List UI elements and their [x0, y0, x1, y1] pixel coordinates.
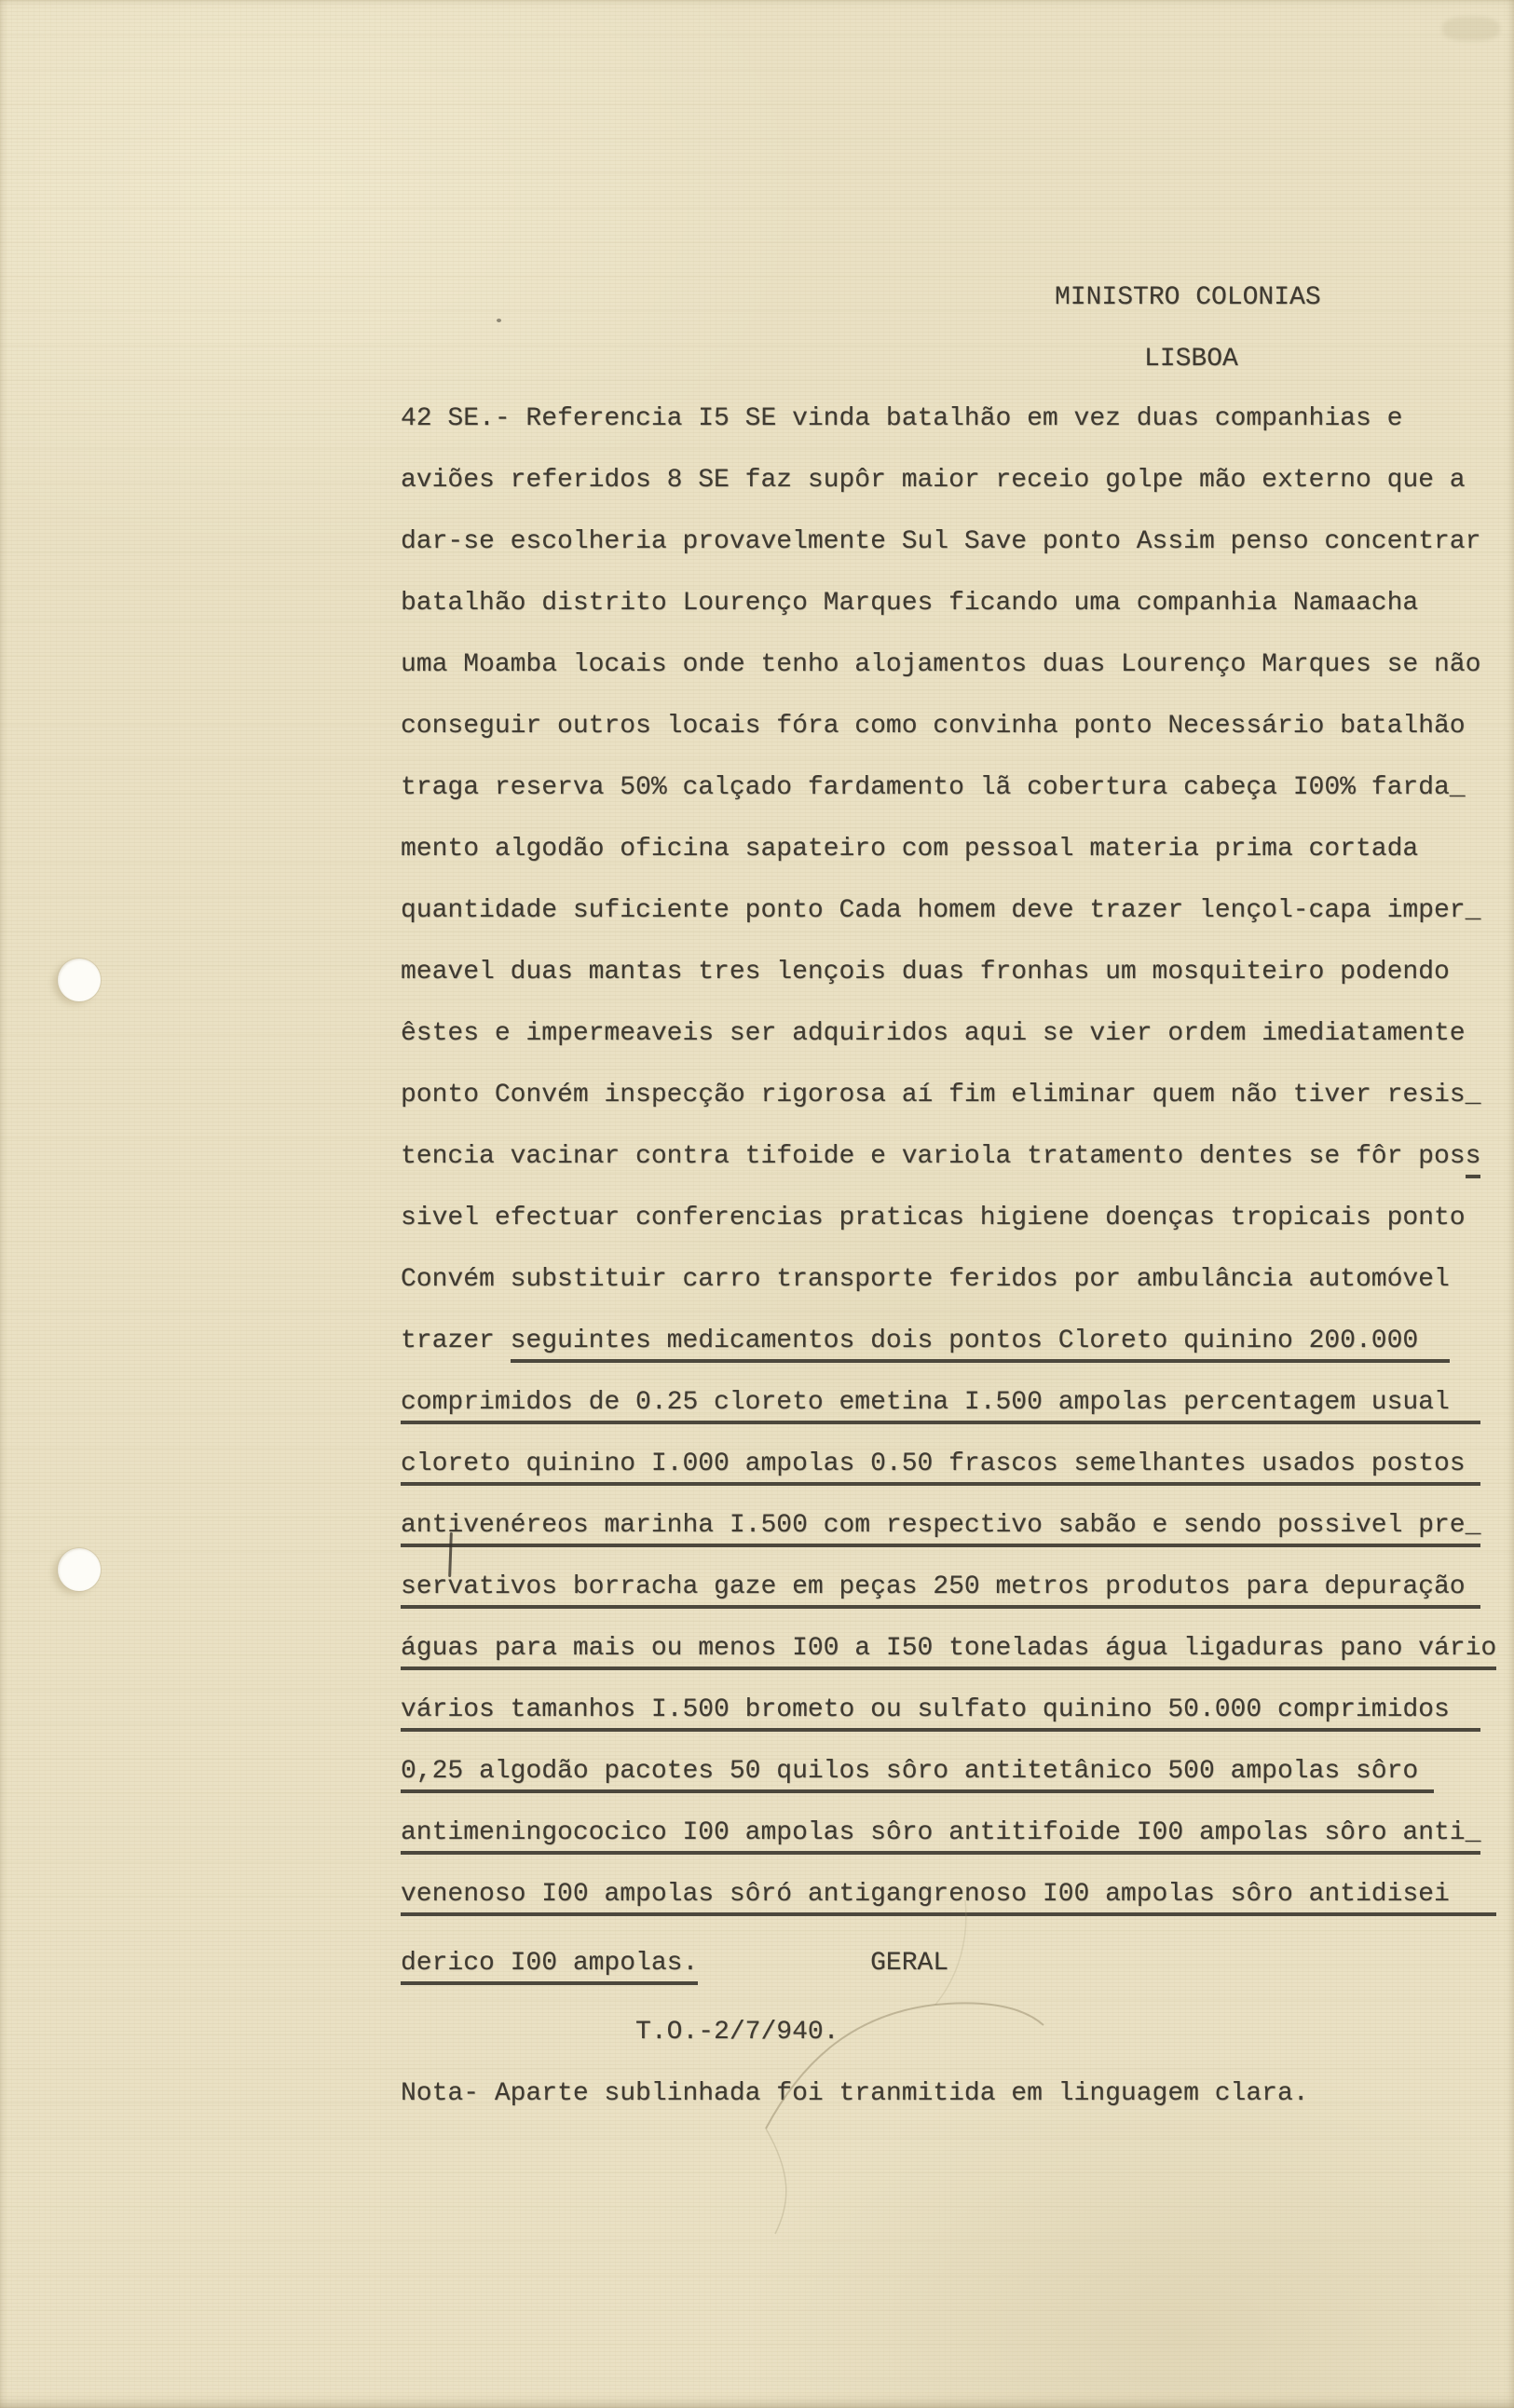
- typed-line: conseguir outros locais fóra como convin…: [401, 696, 1509, 757]
- line-text: aviões referidos 8 SE faz supôr maior re…: [401, 466, 1466, 495]
- typed-line: comprimidos de 0.25 cloreto emetina I.50…: [401, 1372, 1509, 1434]
- typed-line: uma Moamba locais onde tenho alojamentos…: [401, 634, 1509, 696]
- line-text: batalhão distrito Lourenço Marques fican…: [401, 589, 1418, 618]
- typed-line: 0,25 algodão pacotes 50 quilos sôro anti…: [401, 1741, 1509, 1803]
- underlined-text: venenoso I00 ampolas sôró antigangrenoso…: [401, 1880, 1496, 1916]
- typed-line: aviões referidos 8 SE faz supôr maior re…: [401, 450, 1509, 511]
- underlined-text: s: [1466, 1142, 1481, 1178]
- typed-line: meavel duas mantas tres lençois duas fro…: [401, 942, 1509, 1003]
- underlined-text: cloreto quinino I.000 ampolas 0.50 frasc…: [401, 1449, 1480, 1486]
- typed-line: ponto Convém inspecção rigorosa aí fim e…: [401, 1065, 1509, 1126]
- punch-hole-bottom: [58, 1548, 101, 1591]
- underlined-text: comprimidos de 0.25 cloreto emetina I.50…: [401, 1388, 1480, 1424]
- typed-line: dar-se escolheria provavelmente Sul Save…: [401, 511, 1509, 573]
- typed-line: quantidade suficiente ponto Cada homem d…: [401, 880, 1509, 942]
- typed-line: servativos borracha gaze em peças 250 me…: [401, 1557, 1509, 1618]
- typed-line: antivenéreos marinha I.500 com respectiv…: [401, 1495, 1509, 1557]
- typed-line: venenoso I00 ampolas sôró antigangrenoso…: [401, 1864, 1509, 1925]
- date-line: T.O.-2/7/940.: [401, 2002, 1509, 2063]
- line-text: uma Moamba locais onde tenho alojamentos…: [401, 650, 1480, 679]
- typed-line: trazer seguintes medicamentos dois ponto…: [401, 1311, 1509, 1372]
- punch-hole-top: [58, 959, 101, 1001]
- typed-line: cloreto quinino I.000 ampolas 0.50 frasc…: [401, 1434, 1509, 1495]
- pencil-smudge: [1442, 17, 1500, 41]
- typed-line: mento algodão oficina sapateiro com pess…: [401, 819, 1509, 880]
- line-text: ponto Convém inspecção rigorosa aí fim e…: [401, 1081, 1480, 1109]
- typed-line: 42 SE.- Referencia I5 SE vinda batalhão …: [401, 388, 1509, 450]
- typed-line: êstes e impermeaveis ser adquiridos aqui…: [401, 1003, 1509, 1065]
- typed-line: Convém substituir carro transporte ferid…: [401, 1249, 1509, 1311]
- line-text: conseguir outros locais fóra como convin…: [401, 712, 1466, 741]
- line-text: Convém substituir carro transporte ferid…: [401, 1265, 1450, 1294]
- typed-line: tencia vacinar contra tifoide e variola …: [401, 1126, 1509, 1188]
- underlined-text: antimeningococico I00 ampolas sôro antit…: [401, 1818, 1480, 1855]
- typed-line-geral: derico I00 ampolas. GERAL: [401, 1933, 1509, 1994]
- underlined-text: antivenéreos marinha I.500 com respectiv…: [401, 1511, 1480, 1547]
- line-text: mento algodão oficina sapateiro com pess…: [401, 835, 1418, 864]
- line-text: sivel efectuar conferencias praticas hig…: [401, 1204, 1466, 1232]
- typed-line: sivel efectuar conferencias praticas hig…: [401, 1188, 1509, 1249]
- line-text: tencia vacinar contra tifoide e variola …: [401, 1142, 1466, 1171]
- underlined-text: águas para mais ou menos I00 a I50 tonel…: [401, 1634, 1496, 1670]
- typed-line: vários tamanhos I.500 brometo ou sulfato…: [401, 1680, 1509, 1741]
- typed-line: batalhão distrito Lourenço Marques fican…: [401, 573, 1509, 634]
- underlined-text: derico I00 ampolas.: [401, 1949, 698, 1985]
- underlined-text: 0,25 algodão pacotes 50 quilos sôro anti…: [401, 1757, 1434, 1793]
- underlined-text: servativos borracha gaze em peças 250 me…: [401, 1572, 1480, 1609]
- line-text: quantidade suficiente ponto Cada homem d…: [401, 896, 1480, 925]
- line-text: dar-se escolheria provavelmente Sul Save…: [401, 527, 1480, 556]
- city-line: LISBOA: [1144, 329, 1238, 390]
- typed-line: antimeningococico I00 ampolas sôro antit…: [401, 1803, 1509, 1864]
- line-text: traga reserva 50% calçado fardamento lã …: [401, 773, 1466, 802]
- line-text: T.O.-2/7/940.: [401, 2018, 839, 2047]
- note-line: Nota- Aparte sublinhada foi tranmitida e…: [401, 2063, 1509, 2125]
- typed-line: traga reserva 50% calçado fardamento lã …: [401, 757, 1509, 819]
- line-text: êstes e impermeaveis ser adquiridos aqui…: [401, 1019, 1466, 1048]
- telegram-body: 42 SE.- Referencia I5 SE vinda batalhão …: [401, 388, 1509, 2125]
- typed-line: águas para mais ou menos I00 a I50 tonel…: [401, 1618, 1509, 1680]
- recipient-line: MINISTRO COLONIAS: [1055, 267, 1321, 329]
- underlined-text: seguintes medicamentos dois pontos Clore…: [511, 1326, 1450, 1363]
- stray-ink-dot: [497, 319, 501, 322]
- line-text: trazer: [401, 1326, 511, 1355]
- line-text: meavel duas mantas tres lençois duas fro…: [401, 958, 1450, 986]
- geral-label: GERAL: [698, 1949, 948, 1978]
- underlined-text: vários tamanhos I.500 brometo ou sulfato…: [401, 1695, 1480, 1732]
- document-page: MINISTRO COLONIAS LISBOA 42 SE.- Referen…: [0, 0, 1514, 2408]
- line-text: 42 SE.- Referencia I5 SE vinda batalhão …: [401, 404, 1402, 433]
- line-text: Nota- Aparte sublinhada foi tranmitida e…: [401, 2079, 1309, 2108]
